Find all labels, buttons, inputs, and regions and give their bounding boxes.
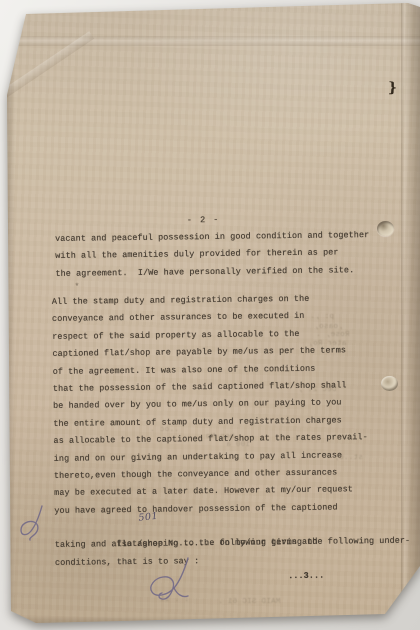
paper-shadow-wrap: p: ,. ,oaso, Rose, . ater Ro, Dec 2. , .… (0, 0, 420, 630)
paragraph-stamp-duty: All the stamp duty and registration char… (52, 290, 411, 573)
page-number: - 2 - (187, 215, 220, 225)
text-line: conditions, that is to say : (55, 550, 411, 572)
margin-initial-mark (18, 503, 50, 541)
next-page-indicator: ...3... (288, 571, 324, 581)
ink-mark: } (388, 80, 398, 96)
document-page: p: ,. ,oaso, Rose, . ater Ro, Dec 2. , .… (0, 0, 420, 630)
punch-hole-bottom (381, 376, 398, 391)
paragraph-possession: vacant and peaceful possession in good c… (55, 227, 370, 283)
punch-hole-top (377, 221, 394, 236)
typed-content: - 2 - vacant and peaceful possession in … (0, 0, 420, 630)
photo-background: p: ,. ,oaso, Rose, . ater Ro, Dec 2. , .… (0, 0, 420, 630)
text-line: the agreement. I/We have personally veri… (55, 262, 369, 283)
ink-smudge: * (75, 283, 80, 292)
handwritten-flat-number: 501 (138, 508, 159, 527)
signature-mark (144, 556, 202, 602)
